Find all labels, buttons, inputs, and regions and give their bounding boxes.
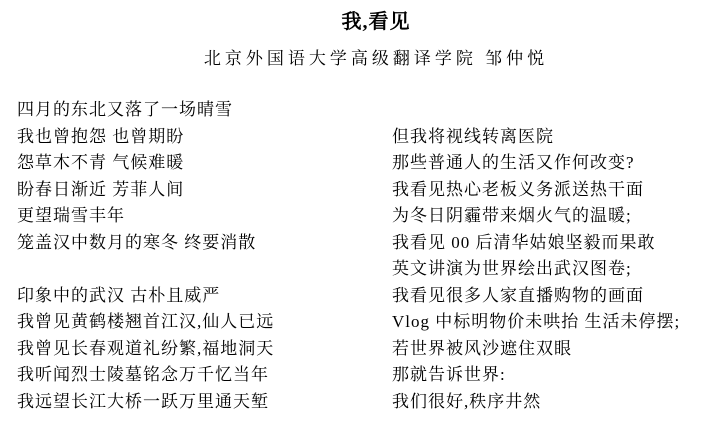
poem-line: 我听闻烈士陵墓铭念万千忆当年: [17, 362, 274, 389]
poem-line: 我看见 00 后清华姑娘坚毅而果敢: [392, 230, 680, 257]
poem-line: 我远望长江大桥一跃万里通天堑: [17, 389, 274, 416]
poem-line: Vlog 中标明物价未哄抬 生活未停摆;: [392, 309, 680, 336]
poem-line: 盼春日渐近 芳菲人间: [17, 177, 274, 204]
poem-line: 但我将视线转离医院: [392, 124, 680, 151]
poem-title: 我,看见: [342, 5, 411, 34]
poem-line: 那些普通人的生活又作何改变?: [392, 150, 680, 177]
poem-column-right: 但我将视线转离医院 那些普通人的生活又作何改变? 我看见热心老板义务派送热干面 …: [392, 124, 680, 416]
poem-line: 我看见热心老板义务派送热干面: [392, 177, 680, 204]
poem-line: 笼盖汉中数月的寒冬 终要消散: [17, 230, 274, 257]
poem-line: 我看见很多人家直播购物的画面: [392, 283, 680, 310]
document-page: 我,看见 北京外国语大学高级翻译学院 邹仲悦 四月的东北又落了一场晴雪 我也曾抱…: [0, 0, 701, 434]
poem-line: 为冬日阴霾带来烟火气的温暖;: [392, 203, 680, 230]
poem-line: 英文讲演为世界绘出武汉图卷;: [392, 256, 680, 283]
poem-line: 我曾见长春观道礼纷繁,福地洞天: [17, 336, 274, 363]
poem-line: 我也曾抱怨 也曾期盼: [17, 124, 274, 151]
poem-line: 若世界被风沙遮住双眼: [392, 336, 680, 363]
poem-column-left: 四月的东北又落了一场晴雪 我也曾抱怨 也曾期盼 怨草木不青 气候难暖 盼春日渐近…: [17, 97, 274, 415]
poem-line-blank: [17, 256, 274, 283]
poem-line: 更望瑞雪丰年: [17, 203, 274, 230]
poem-line: 我们很好,秩序井然: [392, 389, 680, 416]
poem-line: 怨草木不青 气候难暖: [17, 150, 274, 177]
poem-line: 我曾见黄鹤楼翘首江汉,仙人已远: [17, 309, 274, 336]
poem-line: 印象中的武汉 古朴且威严: [17, 283, 274, 310]
poem-line: 那就告诉世界:: [392, 362, 680, 389]
poem-line: 四月的东北又落了一场晴雪: [17, 97, 274, 124]
poem-byline: 北京外国语大学高级翻译学院 邹仲悦: [204, 44, 548, 69]
